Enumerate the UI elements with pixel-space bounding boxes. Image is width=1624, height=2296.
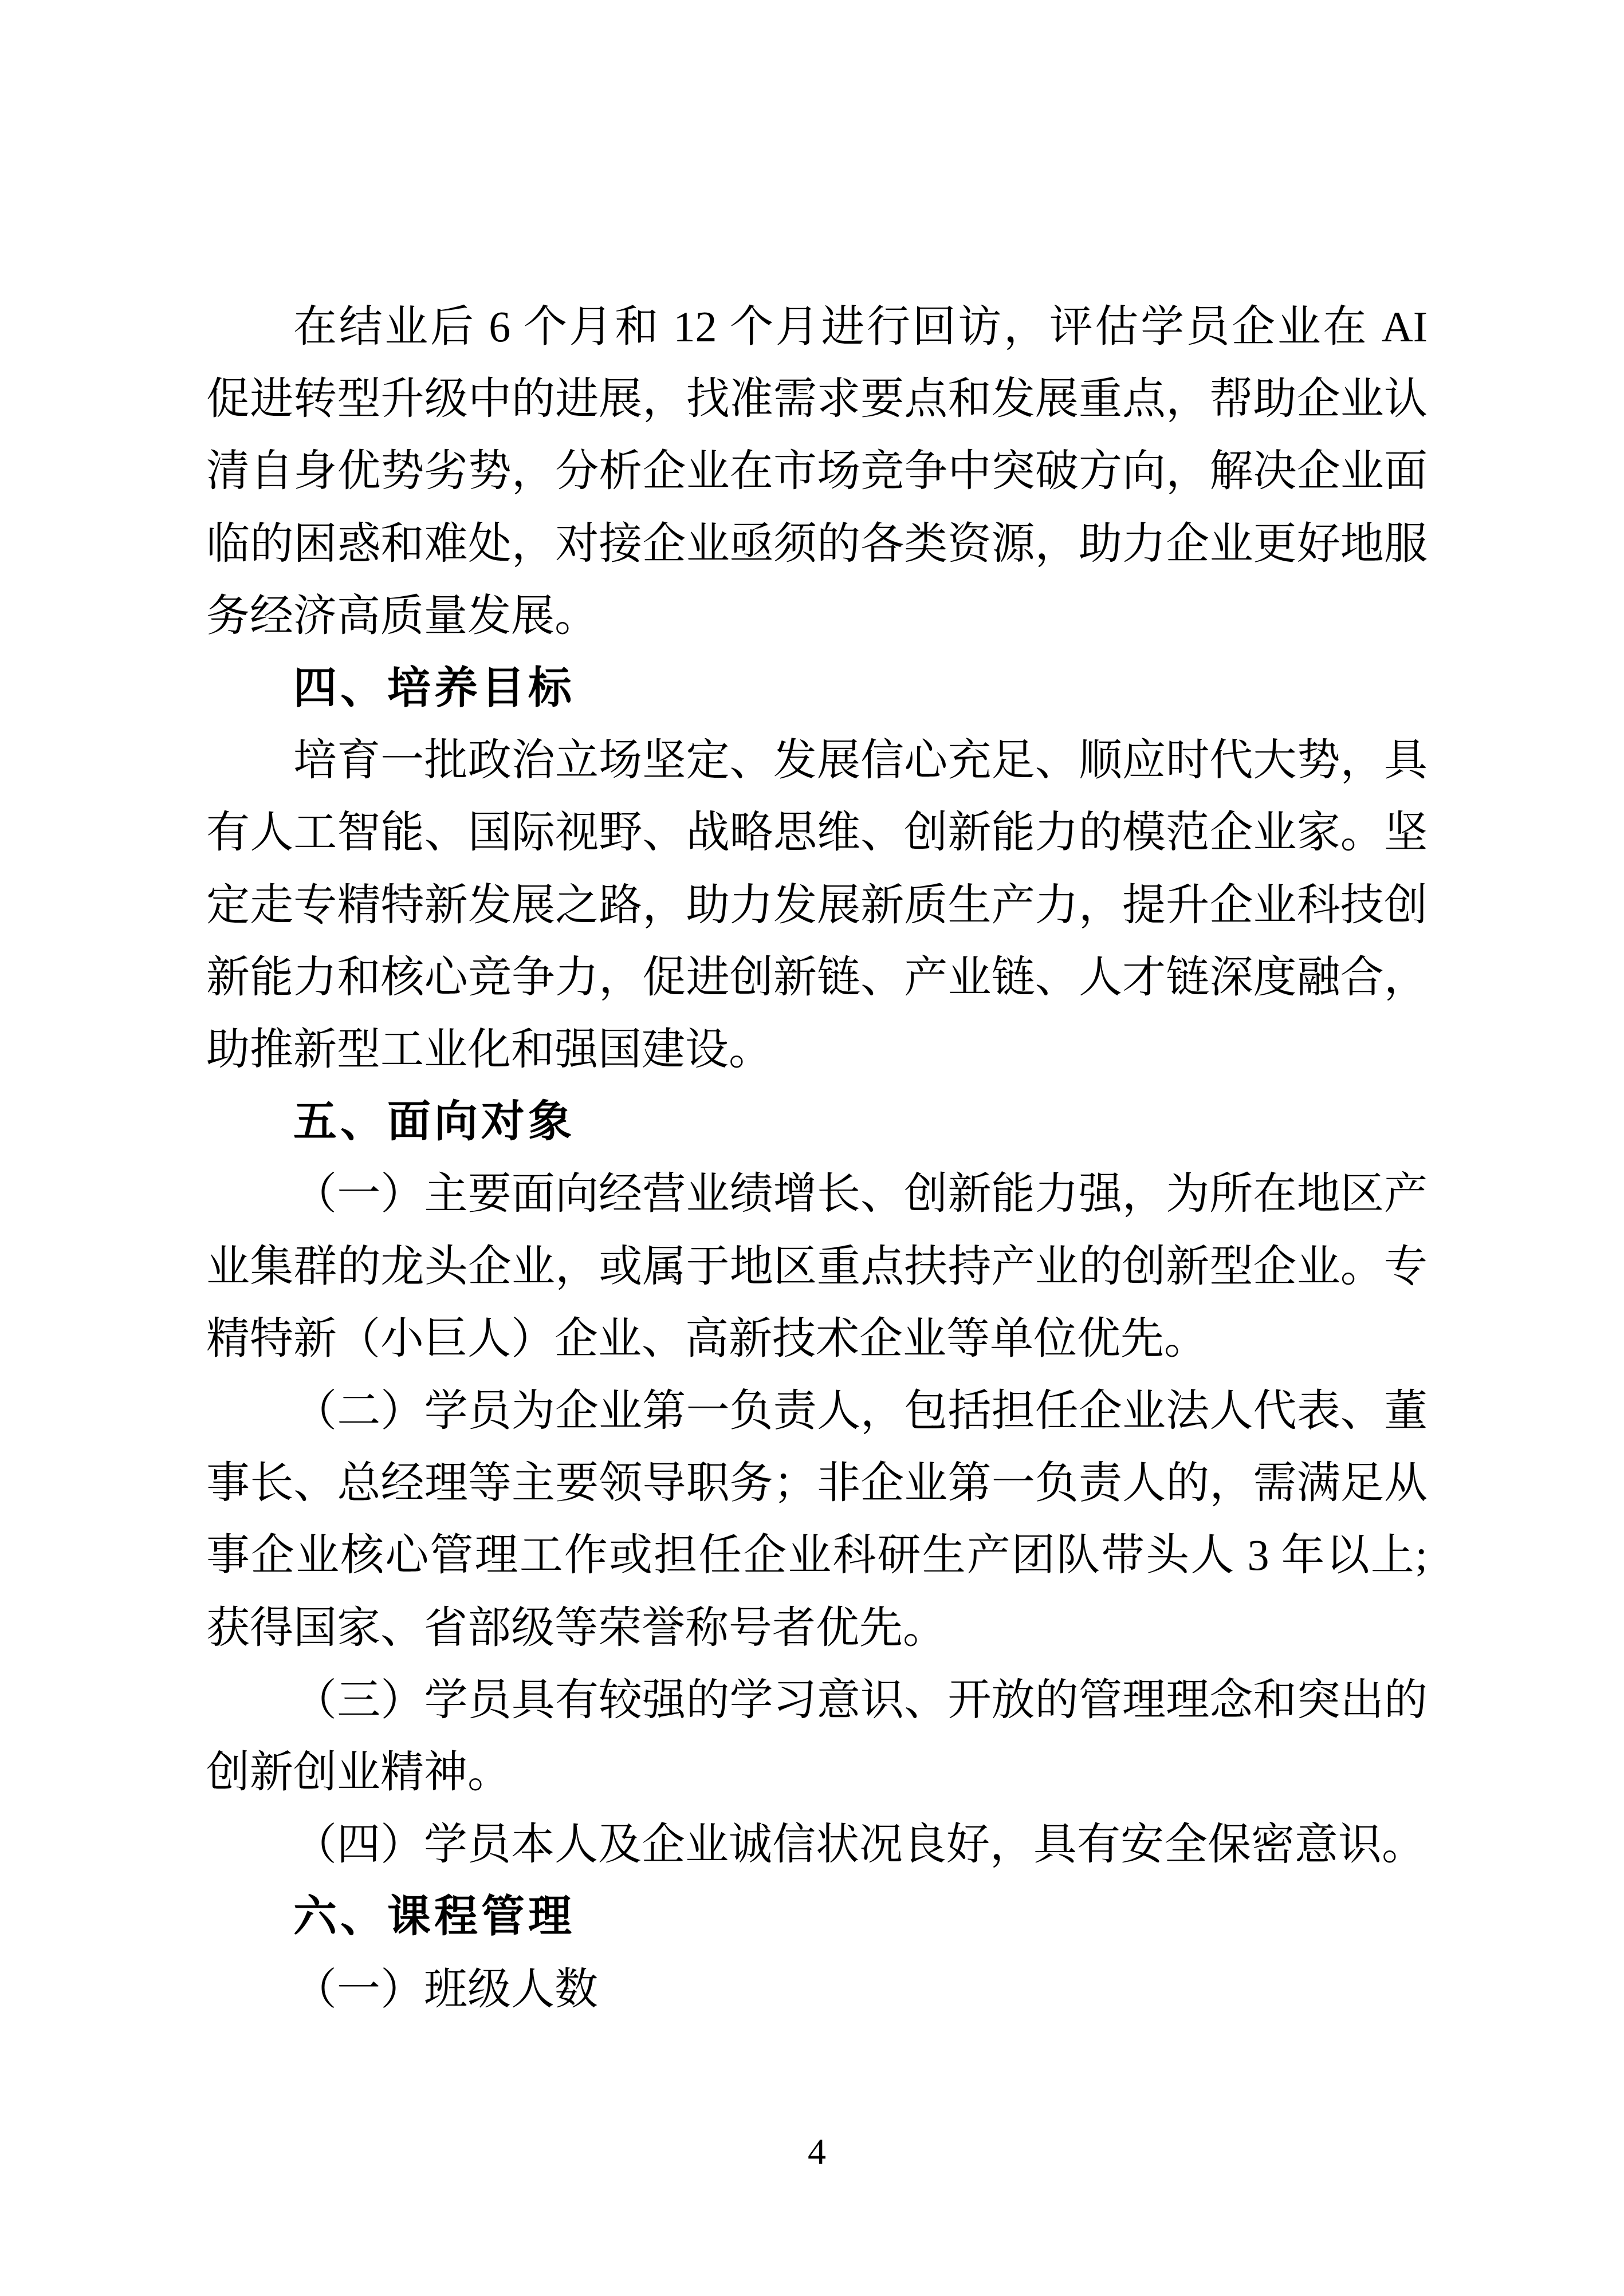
paragraph-line: 精特新（小巨人）企业、高新技术企业等单位优先。	[206, 1303, 1428, 1375]
paragraph-line: （三）学员具有较强的学习意识、开放的管理理念和突出的	[206, 1664, 1428, 1736]
paragraph-line: （二）学员为企业第一负责人，包括担任企业法人代表、董	[206, 1375, 1428, 1447]
paragraph-line: 创新创业精神。	[206, 1736, 1428, 1809]
paragraph-line: 清自身优势劣势，分析企业在市场竞争中突破方向，解决企业面	[206, 435, 1428, 507]
paragraph-line: 有人工智能、国际视野、战略思维、创新能力的模范企业家。坚	[206, 797, 1428, 869]
paragraph-line: 务经济高质量发展。	[206, 580, 1428, 652]
paragraph-line: 临的困惑和难处，对接企业亟须的各类资源，助力企业更好地服	[206, 508, 1428, 580]
paragraph-line: （一）班级人数	[206, 1954, 1428, 2026]
paragraph-line: 事企业核心管理工作或担任企业科研生产团队带头人 3 年以上;	[206, 1519, 1428, 1592]
page-number: 4	[206, 2126, 1428, 2177]
paragraph-line: （一）主要面向经营业绩增长、创新能力强，为所在地区产	[206, 1158, 1428, 1230]
section-heading-target-audience: 五、面向对象	[206, 1086, 1428, 1158]
paragraph-line: （四）学员本人及企业诚信状况良好，具有安全保密意识。	[206, 1809, 1428, 1881]
section-heading-training-objectives: 四、培养目标	[206, 652, 1428, 724]
paragraph-line: 新能力和核心竞争力，促进创新链、产业链、人才链深度融合，	[206, 942, 1428, 1014]
paragraph-line: 在结业后 6 个月和 12 个月进行回访，评估学员企业在 AI	[206, 291, 1428, 363]
paragraph-line: 培育一批政治立场坚定、发展信心充足、顺应时代大势，具	[206, 724, 1428, 797]
document-body: 在结业后 6 个月和 12 个月进行回访，评估学员企业在 AI 促进转型升级中的…	[206, 291, 1428, 2026]
section-heading-course-management: 六、课程管理	[206, 1881, 1428, 1953]
paragraph-line: 获得国家、省部级等荣誉称号者优先。	[206, 1592, 1428, 1664]
paragraph-line: 定走专精特新发展之路，助力发展新质生产力，提升企业科技创	[206, 869, 1428, 942]
paragraph-line: 事长、总经理等主要领导职务；非企业第一负责人的，需满足从	[206, 1447, 1428, 1519]
document-page: 在结业后 6 个月和 12 个月进行回访，评估学员企业在 AI 促进转型升级中的…	[0, 0, 1624, 2296]
paragraph-line: 促进转型升级中的进展，找准需求要点和发展重点，帮助企业认	[206, 363, 1428, 435]
paragraph-line: 业集群的龙头企业，或属于地区重点扶持产业的创新型企业。专	[206, 1231, 1428, 1303]
paragraph-line: 助推新型工业化和强国建设。	[206, 1014, 1428, 1086]
